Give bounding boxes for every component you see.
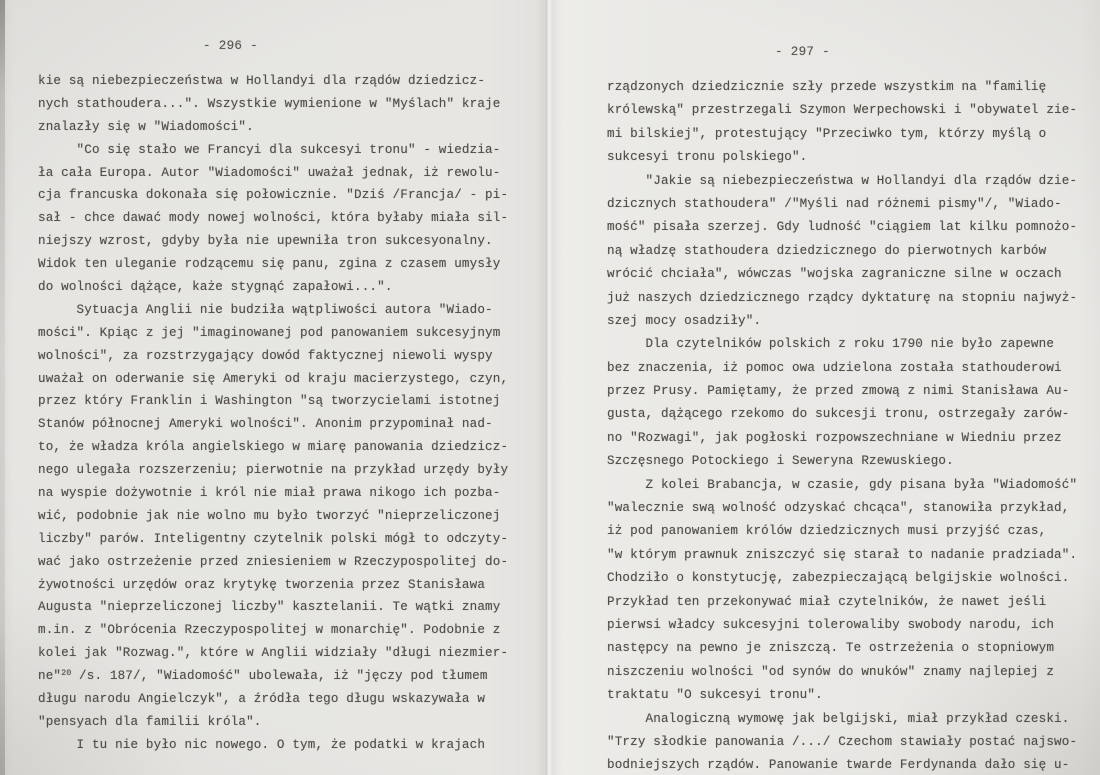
text-line: "Jakie są niebezpieczeństwa w Hollandyi …: [607, 170, 1073, 193]
text-line: Analogiczną wymowę jak belgijski, miał p…: [607, 708, 1073, 731]
text-line: mości". Kpiąc z jej "imaginowanej pod pa…: [38, 322, 504, 345]
text-line: Przykład ten przekonywać miał czytelnikó…: [607, 591, 1073, 614]
text-line: już naszych dziedzicznego rządcy dyktatu…: [607, 287, 1073, 310]
page-number-right: - 297 -: [775, 45, 1073, 59]
text-line: do wolności dążące, każe stygnąć zapałow…: [38, 276, 504, 299]
text-line: ła cała Europa. Autor "Wiadomości" uważa…: [38, 162, 504, 185]
footnote-superscript: 20: [61, 668, 71, 678]
text-line: Sytuacja Anglii nie budziła wątpliwości …: [38, 299, 504, 322]
text-line: uważał on oderwanie się Ameryki od kraju…: [38, 368, 504, 391]
text-line: pierwsi władcy sukcesyjni tolerowaliby s…: [607, 614, 1073, 637]
text-line: przez Prusy. Pamiętamy, że przed zmową z…: [607, 380, 1073, 403]
text-line: liczby" parów. Inteligentny czytelnik po…: [38, 528, 504, 551]
text-line: ną władzę stathoudera dziedzicznego do p…: [607, 240, 1073, 263]
text-line: Szczęsnego Potockiego i Seweryna Rzewusk…: [607, 450, 1073, 473]
text-line: I tu nie było nic nowego. O tym, że poda…: [38, 734, 504, 757]
text-line: wrócić chciała", wówczas "wojska zagrani…: [607, 263, 1073, 286]
text-line: królewską" przestrzegali Szymon Werpecho…: [607, 99, 1073, 122]
text-line: iż pod panowaniem królów dziedzicznych m…: [607, 520, 1073, 543]
text-line: to, że władza króla angielskiego w miarę…: [38, 436, 504, 459]
text-line: cja francuska dokonała się połowicznie. …: [38, 184, 504, 207]
text-line: rządzonych dziedzicznie szły przede wszy…: [607, 76, 1073, 99]
text-line: niejszy wzrost, gdyby była nie upewniła …: [38, 230, 504, 253]
text-line: żywotności urzędów oraz krytykę tworzeni…: [38, 574, 504, 597]
scanned-page-spread: - 296 - kie są niebezpieczeństwa w Holla…: [0, 0, 1100, 775]
text-line: no "Rozwagi", jak pogłoski rozpowszechni…: [607, 427, 1073, 450]
right-page-text-block: rządzonych dziedzicznie szły przede wszy…: [607, 76, 1073, 775]
text-line: "w którym prawnuk zniszczyć się starał t…: [607, 544, 1073, 567]
text-line: nego ulegała rozszerzeniu; pierwotnie na…: [38, 459, 504, 482]
text-line: m.in. z "Obrócenia Rzeczypospolitej w mo…: [38, 619, 504, 642]
text-line: "pensyach dla familii króla".: [38, 711, 504, 734]
left-page-text-block: kie są niebezpieczeństwa w Hollandyi dla…: [38, 70, 504, 757]
text-line: sukcesyi tronu polskiego".: [607, 146, 1073, 169]
text-line: następcy na pewno je zniszczą. Te ostrze…: [607, 637, 1073, 660]
text-line: ne"20 /s. 187/, "Wiadomość" ubolewała, i…: [38, 665, 504, 688]
text-line: na wyspie dożywotnie i król nie miał pra…: [38, 482, 504, 505]
text-line: sał - chce dawać mody nowej wolności, kt…: [38, 207, 504, 230]
page-gutter-crease: [536, 0, 558, 775]
text-segment: ne": [38, 669, 61, 683]
text-line: długu narodu Angielczyk", a źródła tego …: [38, 688, 504, 711]
text-line: niszczeniu wolności "od synów do wnuków"…: [607, 661, 1073, 684]
text-line: szej mocy osadziły".: [607, 310, 1073, 333]
text-line: Widok ten uleganie rodzącemu się panu, z…: [38, 253, 504, 276]
text-segment: /s. 187/, "Wiadomość" ubolewała, iż "jęc…: [71, 669, 487, 683]
text-line: bodniejszych rządów. Panowanie twarde Fe…: [607, 754, 1073, 775]
text-line: wać jako ostrzeżenie przed zniesieniem w…: [38, 551, 504, 574]
text-line: znalazły się w "Wiadomości".: [38, 116, 504, 139]
text-line: "Trzy słodkie panowania /.../ Czechom st…: [607, 731, 1073, 754]
text-line: "walecznie swą wolność odzyskać chcąca",…: [607, 497, 1073, 520]
text-line: Chodziło o konstytucję, zabezpieczającą …: [607, 567, 1073, 590]
text-line: "Co się stało we Francyi dla sukcesyi tr…: [38, 139, 504, 162]
text-line: kie są niebezpieczeństwa w Hollandyi dla…: [38, 70, 504, 93]
text-line: Z kolei Brabancja, w czasie, gdy pisana …: [607, 474, 1073, 497]
text-line: Stanów północnej Ameryki wolności". Anon…: [38, 413, 504, 436]
page-number-left: - 296 -: [203, 39, 504, 53]
text-line: Augusta "nieprzeliczonej liczby" kasztel…: [38, 596, 504, 619]
text-line: dzicznych stathoudera" /"Myśli nad różne…: [607, 193, 1073, 216]
text-line: przez który Franklin i Washington "są tw…: [38, 390, 504, 413]
left-page: - 296 - kie są niebezpieczeństwa w Holla…: [38, 39, 504, 757]
text-line: mi bilskiej", protestujący "Przeciwko ty…: [607, 123, 1073, 146]
text-line: kolei jak "Rozwag.", które w Anglii widz…: [38, 642, 504, 665]
text-line: nych stathoudera...". Wszystkie wymienio…: [38, 93, 504, 116]
text-line: gusta, dążącego rzekomo do sukcesji tron…: [607, 403, 1073, 426]
text-line: Dla czytelników polskich z roku 1790 nie…: [607, 333, 1073, 356]
text-line: wolności", za rozstrzygający dowód fakty…: [38, 345, 504, 368]
text-line: mość" pisała szerzej. Gdy ludność "ciągi…: [607, 216, 1073, 239]
right-page: - 297 - rządzonych dziedzicznie szły prz…: [607, 45, 1073, 775]
text-line: traktatu "O sukcesyi tronu".: [607, 684, 1073, 707]
text-line: wić, podobnie jak nie wolno mu było twor…: [38, 505, 504, 528]
text-line: bez znaczenia, iż pomoc owa udzielona zo…: [607, 357, 1073, 380]
scan-left-edge-shadow: [0, 0, 5, 775]
